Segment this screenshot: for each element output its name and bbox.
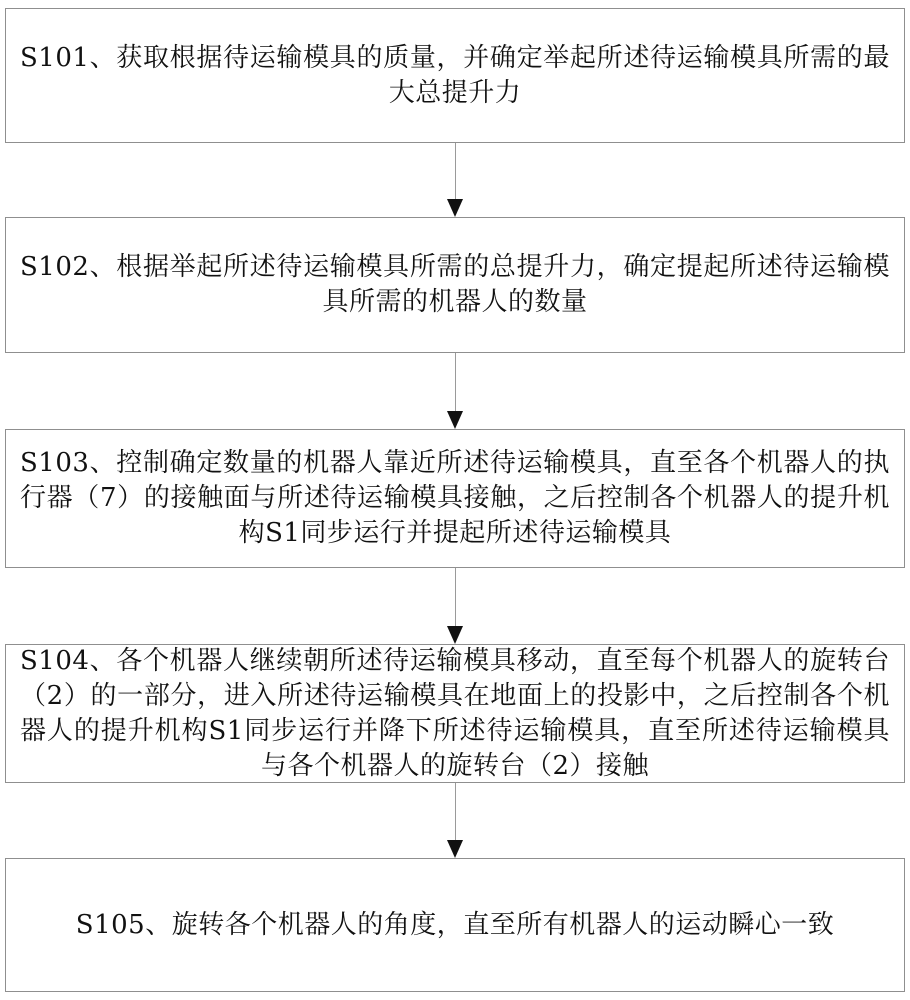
step-box-s104: S104、各个机器人继续朝所述待运输模具移动，直至每个机器人的旋转台（2）的一部… xyxy=(5,644,905,783)
arrow-s102-to-s103 xyxy=(445,353,465,429)
step-text-s105: S105、旋转各个机器人的角度，直至所有机器人的运动瞬心一致 xyxy=(20,908,890,943)
step-box-s105: S105、旋转各个机器人的角度，直至所有机器人的运动瞬心一致 xyxy=(5,858,905,992)
step-box-s101: S101、获取根据待运输模具的质量，并确定举起所述待运输模具所需的最大总提升力 xyxy=(5,8,905,143)
arrow-stem xyxy=(455,568,456,626)
step-text-s102: S102、根据举起所述待运输模具所需的总提升力，确定提起所述待运输模具所需的机器… xyxy=(20,250,890,320)
arrow-s103-to-s104 xyxy=(445,568,465,644)
arrow-s104-to-s105 xyxy=(445,783,465,858)
flowchart-page: S101、获取根据待运输模具的质量，并确定举起所述待运输模具所需的最大总提升力 … xyxy=(0,0,910,1000)
step-box-s102: S102、根据举起所述待运输模具所需的总提升力，确定提起所述待运输模具所需的机器… xyxy=(5,217,905,353)
arrow-down-icon xyxy=(447,411,463,429)
arrow-stem xyxy=(455,783,456,840)
flowchart: S101、获取根据待运输模具的质量，并确定举起所述待运输模具所需的最大总提升力 … xyxy=(5,8,905,992)
step-text-s101: S101、获取根据待运输模具的质量，并确定举起所述待运输模具所需的最大总提升力 xyxy=(20,41,890,111)
arrow-stem xyxy=(455,353,456,411)
arrow-down-icon xyxy=(447,199,463,217)
step-text-s103: S103、控制确定数量的机器人靠近所述待运输模具，直至各个机器人的执行器（7）的… xyxy=(20,446,890,551)
step-text-s104: S104、各个机器人继续朝所述待运输模具移动，直至每个机器人的旋转台（2）的一部… xyxy=(20,644,890,783)
arrow-s101-to-s102 xyxy=(445,143,465,217)
step-box-s103: S103、控制确定数量的机器人靠近所述待运输模具，直至各个机器人的执行器（7）的… xyxy=(5,429,905,568)
arrow-stem xyxy=(455,143,456,199)
arrow-down-icon xyxy=(447,840,463,858)
arrow-down-icon xyxy=(447,626,463,644)
